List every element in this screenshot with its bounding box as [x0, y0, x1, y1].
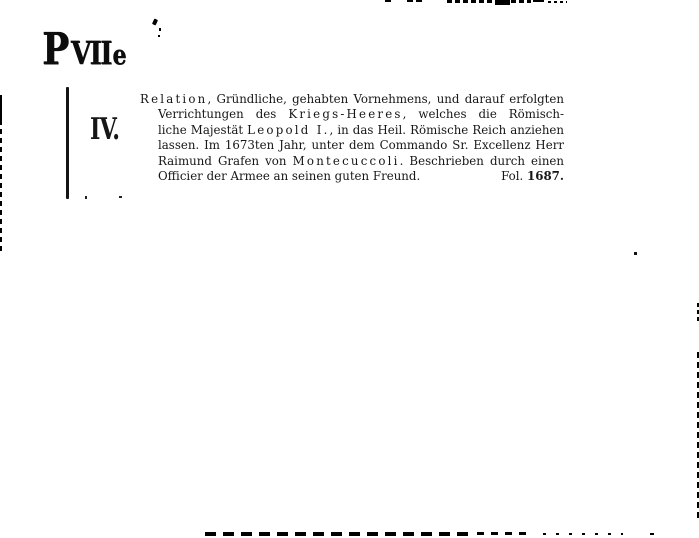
entry-number: IV. — [90, 112, 119, 147]
catalog-entry: Relation, Gründliche, gehabten Vornehmen… — [140, 92, 564, 185]
spaced-word: Montecuccoli — [293, 154, 400, 168]
scan-artifact-top — [533, 0, 544, 2]
margin-rule — [66, 87, 69, 199]
ink-speck — [158, 35, 160, 37]
entry-text: , Gründliche, gehabten Vornehmens, und d… — [207, 92, 564, 106]
scan-artifact-left — [0, 120, 2, 255]
ink-speck — [119, 196, 122, 198]
folio-reference: Fol. 1687. — [501, 169, 564, 184]
scan-artifact-top — [495, 0, 510, 5]
scan-artifact-bottom — [650, 533, 654, 535]
scan-artifact-top — [407, 0, 423, 2]
entry-text: Officier der Armee an seinen guten Freun… — [158, 169, 420, 184]
entry-line-5: Raimund Grafen von Montecuccoli. Beschri… — [140, 154, 564, 169]
ink-speck — [159, 28, 161, 31]
scanned-catalog-page: P VII e IV. Relation, Gründliche, gehabt… — [0, 0, 699, 538]
ink-speck — [85, 196, 87, 199]
ink-speck — [152, 18, 158, 25]
shelfmark-letter: P — [42, 28, 69, 72]
folio-number: 1687. — [527, 169, 564, 183]
folio-label: Fol. — [501, 169, 523, 183]
scan-artifact-top — [548, 1, 567, 3]
shelfmark-numeral: VII — [71, 37, 111, 69]
scan-artifact-top — [447, 0, 531, 3]
scan-artifact-left — [0, 95, 2, 120]
entry-text: liche Majestät — [158, 123, 247, 137]
scan-artifact-bottom — [543, 533, 623, 535]
shelfmark-stamp: P VII e — [42, 28, 126, 72]
entry-line-2: Verrichtungen des Kriegs-Heeres, welches… — [140, 107, 564, 122]
spaced-word: Leopold I. — [247, 123, 329, 137]
spaced-word: Kriegs-Heeres — [288, 107, 402, 121]
entry-line-3: liche Majestät Leopold I., in das Heil. … — [140, 123, 564, 138]
entry-text: Verrichtungen des — [158, 107, 288, 121]
entry-text: , in das Heil. Römische Reich anziehen — [330, 123, 564, 137]
entry-line-6: Officier der Armee an seinen guten Freun… — [140, 169, 564, 184]
entry-text: . Beschrieben durch einen — [400, 154, 564, 168]
spaced-word: Relation — [140, 92, 207, 106]
entry-text: Raimund Grafen von — [158, 154, 293, 168]
shelfmark-suffix: e — [112, 42, 126, 69]
scan-artifact-top — [385, 0, 391, 2]
scan-artifact-bottom — [205, 532, 472, 536]
entry-line-4: lassen. Im 1673ten Jahr, unter dem Comma… — [140, 138, 564, 153]
ink-speck — [634, 252, 637, 255]
entry-line-1: Relation, Gründliche, gehabten Vornehmen… — [140, 92, 564, 107]
scan-artifact-bottom — [477, 532, 533, 535]
entry-text: lassen. Im 1673ten Jahr, unter dem Comma… — [158, 138, 564, 152]
